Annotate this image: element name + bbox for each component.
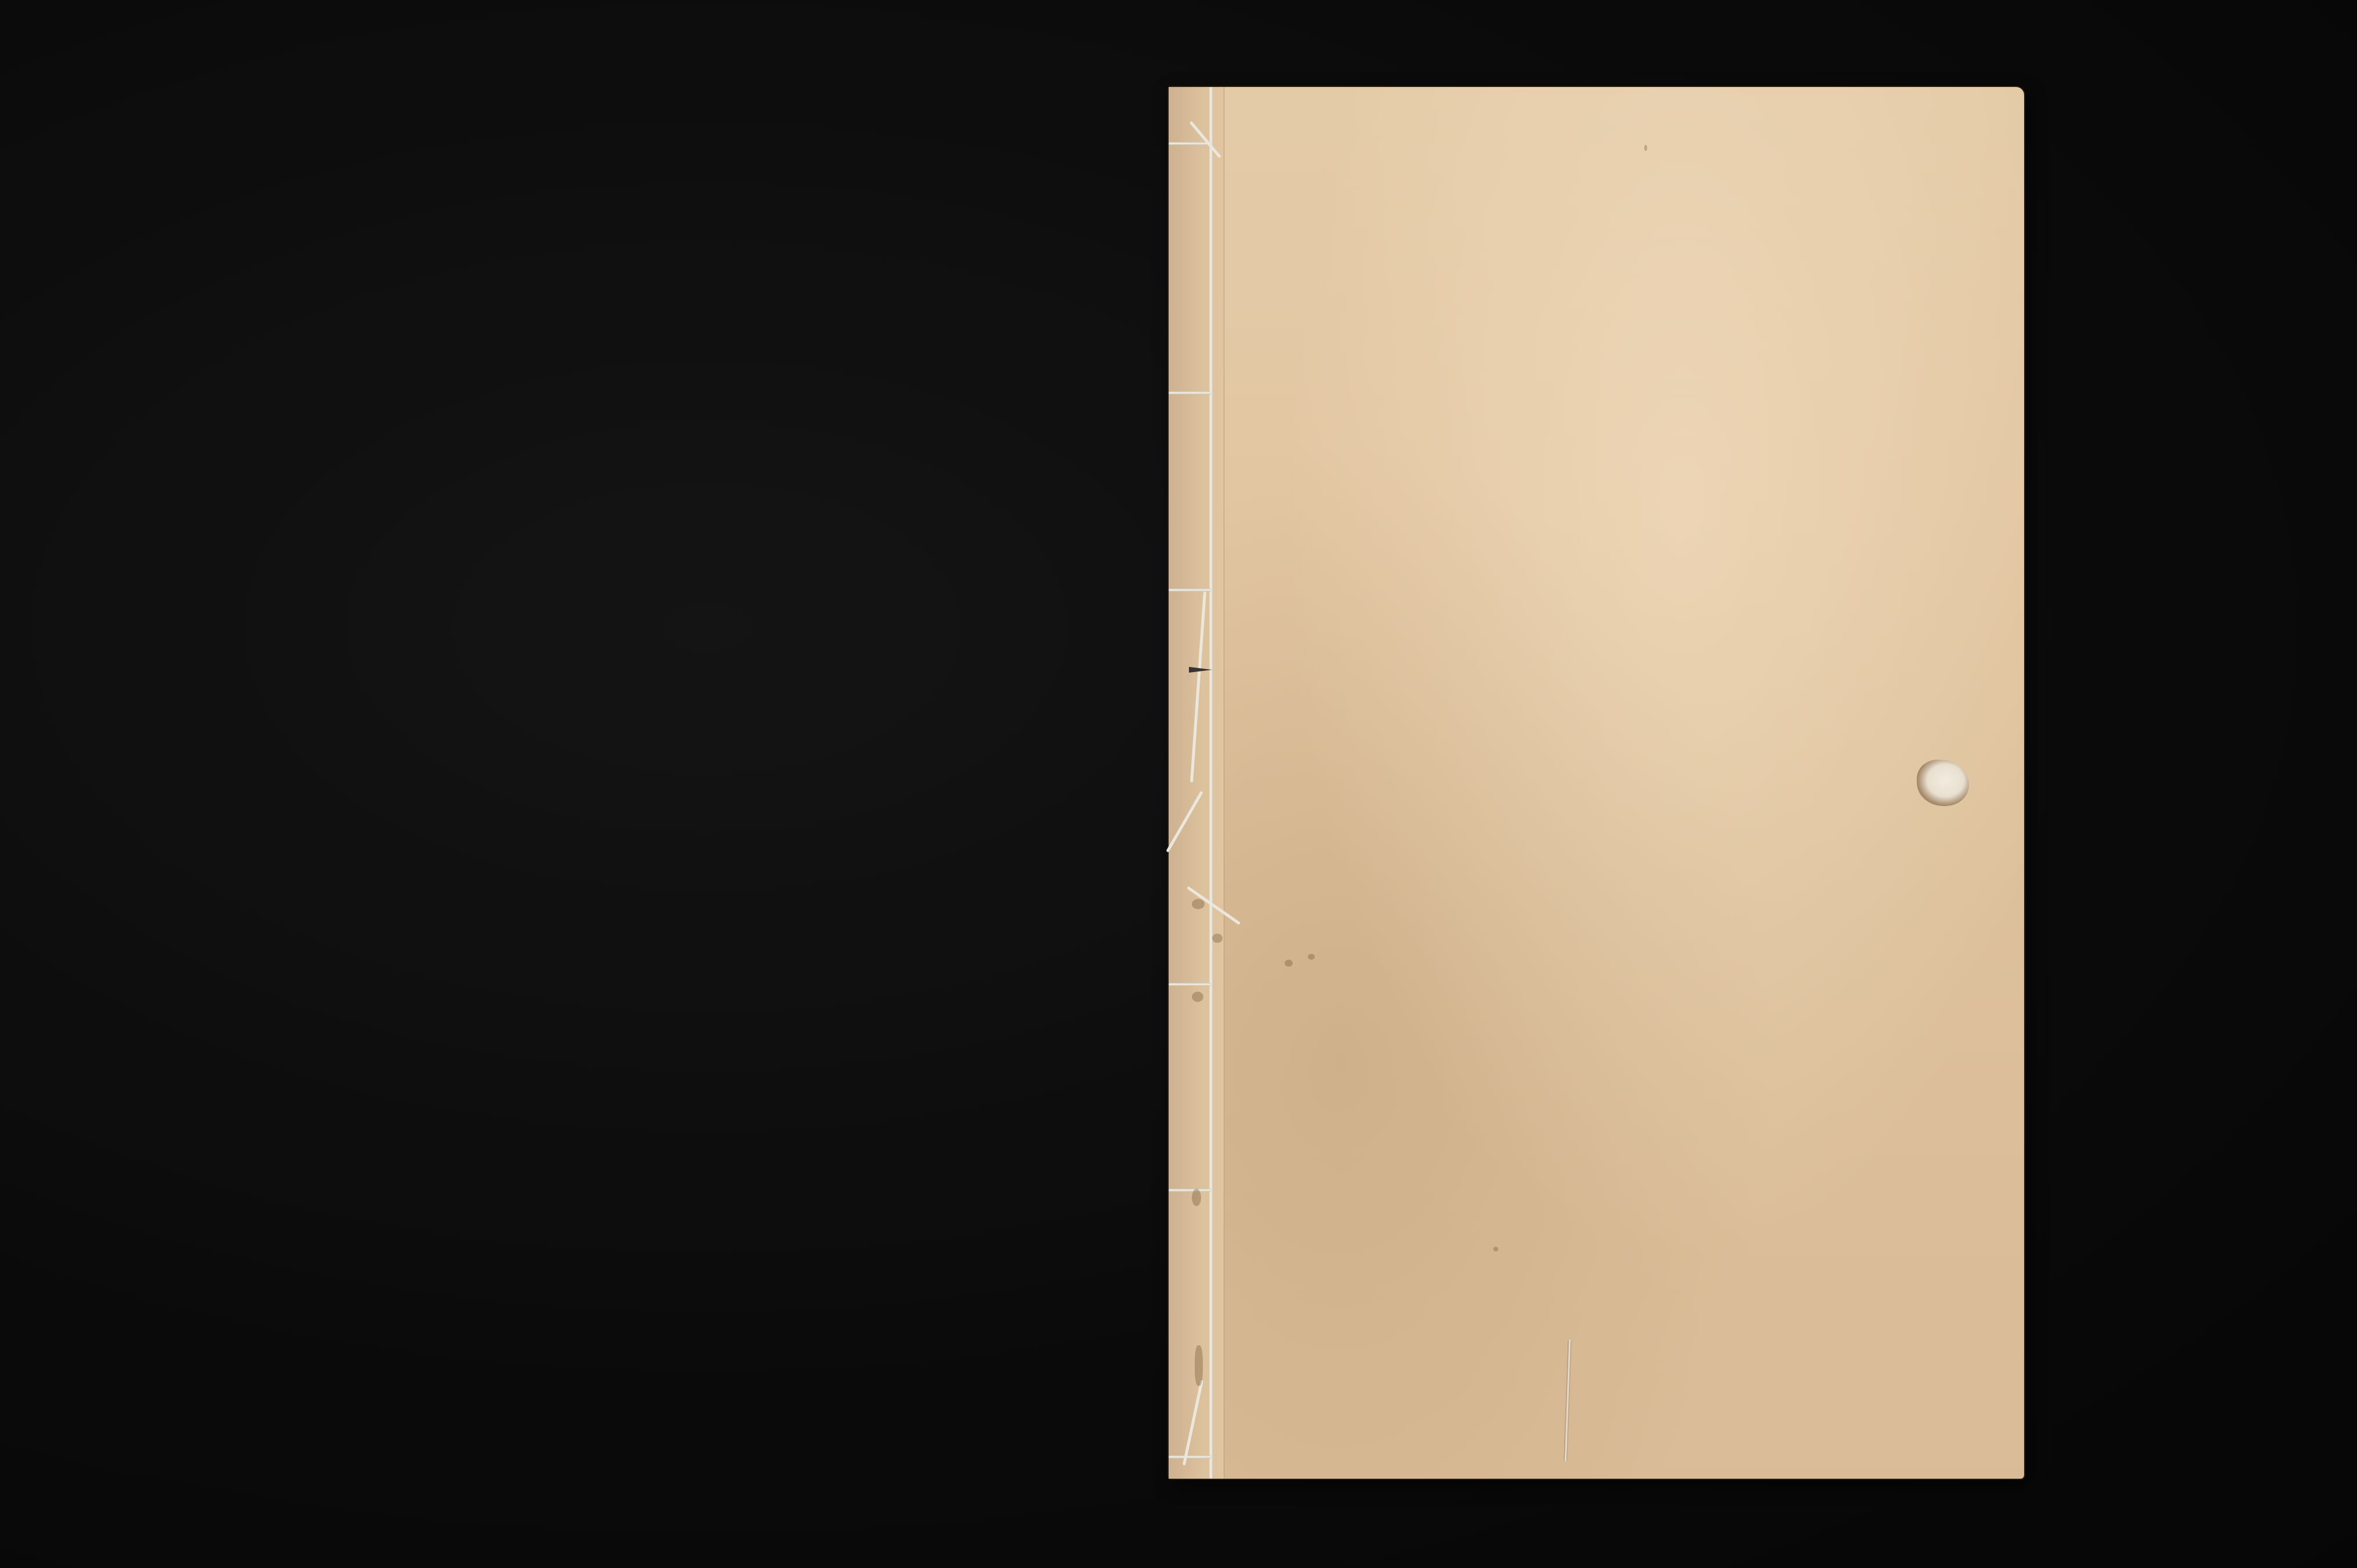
binding-stitch xyxy=(1169,142,1212,145)
black-cloth-background xyxy=(0,0,2357,1568)
binding-thread-vertical xyxy=(1209,87,1213,1479)
book-spine xyxy=(1169,87,1224,1479)
binding-stitch xyxy=(1169,983,1212,986)
book-cover xyxy=(1169,87,2024,1479)
binding-stitch xyxy=(1169,1189,1212,1192)
foxing-spot xyxy=(1308,954,1315,960)
binding-stitch xyxy=(1169,391,1212,394)
cover-tear xyxy=(1917,760,1969,806)
foxing-spot xyxy=(1192,1189,1201,1206)
foxing-spot xyxy=(1493,1247,1498,1251)
foxing-spot xyxy=(1644,145,1647,151)
foxing-spot xyxy=(1212,934,1223,943)
wormhole-damage xyxy=(1195,1345,1203,1386)
foxing-spot xyxy=(1192,899,1205,909)
cover-crease xyxy=(1564,1340,1571,1461)
foxing-spot xyxy=(1285,960,1293,967)
foxing-spot xyxy=(1192,992,1203,1002)
binding-stitch xyxy=(1169,1456,1212,1458)
